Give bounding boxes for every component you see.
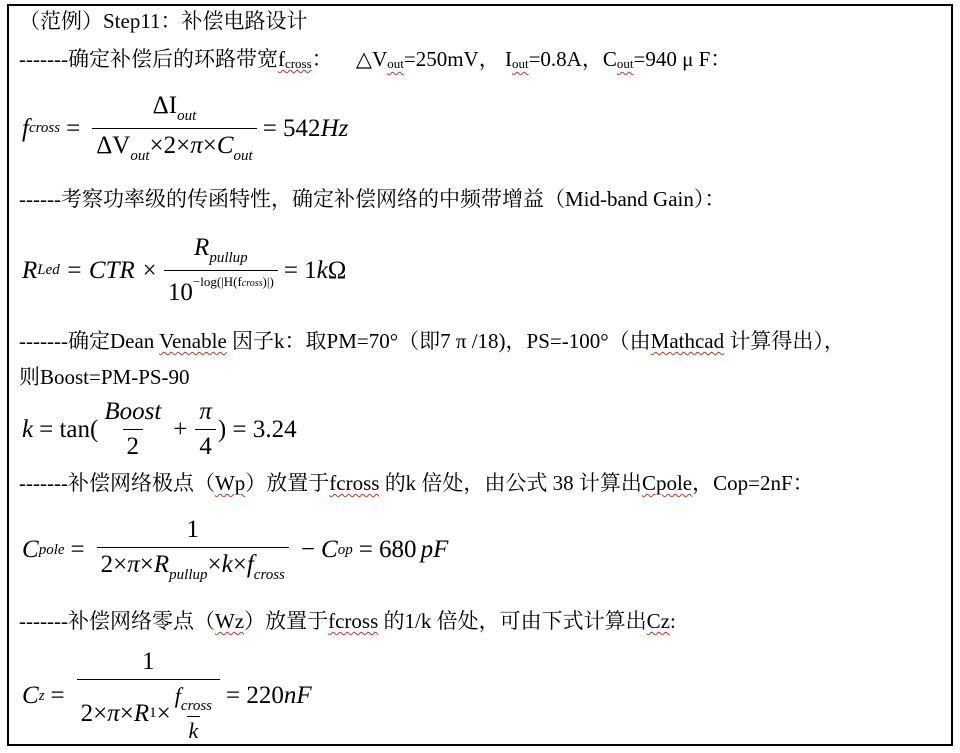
cout: Cout=940 μ F：	[603, 47, 731, 71]
section-pole: -------补偿网络极点（Wp）放置于fcross 的k 倍处，由公式 38 …	[19, 470, 814, 496]
equation-cz: Cz = 1 2×π×R1× fcrossk = 220nF	[22, 648, 312, 744]
section-mid-band-gain: ------考察功率级的传函特性，确定补偿网络的中频带增益（Mid-band G…	[19, 186, 725, 212]
section-loop-bandwidth: -------确定补偿后的环路带宽fcross： △Vout=250mV， Io…	[19, 46, 731, 77]
equation-fcross: fcross = ΔIout ΔVout×2×π×Cout = 542Hz	[22, 92, 348, 165]
section-text: 确定补偿后的环路带宽	[68, 47, 278, 71]
fcross-label: fcross	[278, 47, 312, 71]
equation-rled: RLed = CTR × Rpullup 10−log(|H(fcross)|)…	[22, 234, 346, 307]
boost-definition: 则Boost=PM-PS-90	[19, 364, 190, 390]
dashes: -------	[19, 47, 68, 71]
equation-cpole: Cpole = 1 2×π×Rpullup×k×fcross −Cop = 68…	[22, 516, 448, 584]
equation-k: k = tan( Boost 2 + π 4 ) = 3.24	[22, 398, 297, 461]
delta-vout: △Vout=250mV，	[356, 47, 500, 71]
section-zero: -------补偿网络零点（Wz）放置于fcross 的1/k 倍处，可由下式计…	[19, 608, 676, 634]
section-dean-venable: -------确定Dean Venable 因子k：取PM=70°（即7 π /…	[19, 328, 845, 354]
iout: Iout=0.8A，	[505, 47, 603, 71]
title: （范例）Step11：补偿电路设计	[19, 8, 308, 34]
